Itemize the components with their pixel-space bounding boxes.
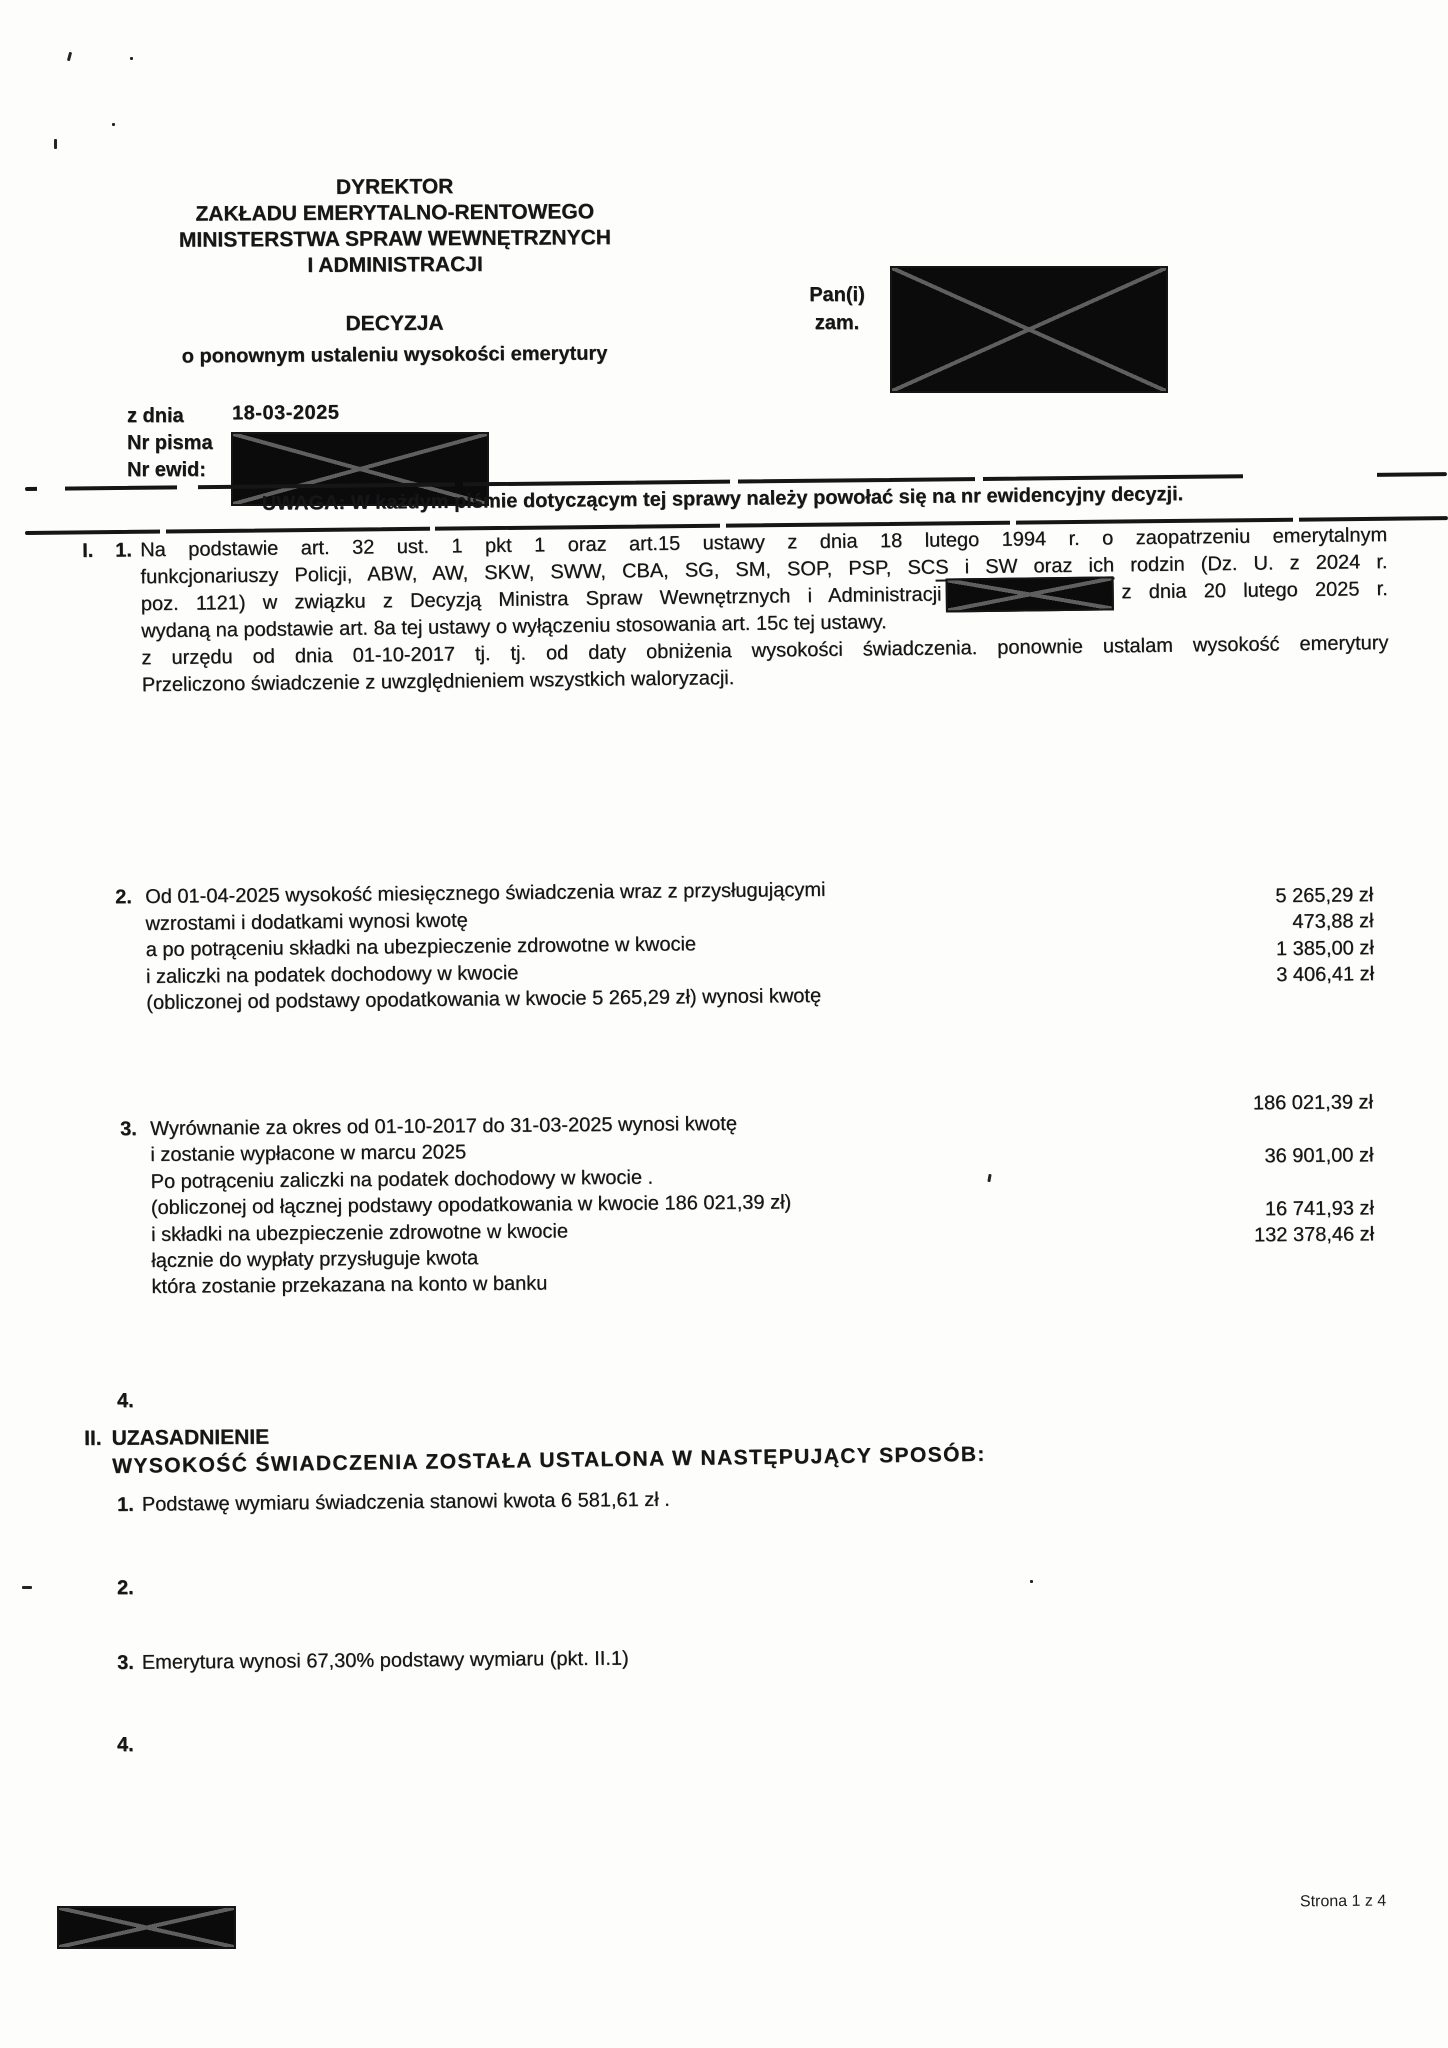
justification-item-1: 1.Podstawę wymiaru świadczenia stanowi k… xyxy=(117,1489,670,1517)
equalization-row-amount: 186 021,39 zł xyxy=(1198,1089,1373,1117)
equalization-row-amount: 16 741,93 zł xyxy=(1199,1195,1374,1223)
page-number: Strona 1 z 4 xyxy=(1300,1893,1386,1912)
equalization-section: 3. Wyrównanie za okres od 01-10-2017 do … xyxy=(150,1105,1375,1301)
date-value: 18-03-2025 xyxy=(232,402,339,426)
authority-line: ZAKŁADU EMERYTALNO-RENTOWEGO xyxy=(142,199,647,228)
minister-decision-number-redaction xyxy=(945,576,1113,612)
scanned-decision-page: DYREKTOR ZAKŁADU EMERYTALNO-RENTOWEGO MI… xyxy=(0,0,1448,2048)
equalization-row-amount xyxy=(1199,1267,1374,1269)
justification-item-3: 3.Emerytura wynosi 67,30% podstawy wymia… xyxy=(117,1648,629,1675)
recipient-label: Pan(i) zam. xyxy=(798,281,876,337)
authority-line: MINISTERSTWA SPRAW WEWNĘTRZNYCH xyxy=(142,225,647,254)
recipient-address-label: zam. xyxy=(798,309,876,337)
scan-speck xyxy=(67,52,72,61)
item-number: 3. xyxy=(117,1652,134,1674)
item-text: Emerytura wynosi 67,30% podstawy wymiaru… xyxy=(142,1648,629,1674)
meta-labels: z dnia Nr pisma Nr ewid: xyxy=(127,403,213,484)
justification-heading-text: UZASADNIENIE xyxy=(112,1426,270,1450)
paragraph-text: rodzin (Dz. U. z 2024 r. xyxy=(1114,551,1388,576)
record-number-label: Nr ewid: xyxy=(127,457,213,484)
paragraph-text: z dnia 20 lutego 2025 r. xyxy=(1121,578,1388,603)
item-text: Podstawę wymiaru świadczenia stanowi kwo… xyxy=(142,1489,670,1516)
legal-basis-paragraph: I. 1. Na podstawie art. 32 ust. 1 pkt 1 … xyxy=(82,522,1389,700)
scan-speck xyxy=(54,139,57,149)
scan-speck xyxy=(112,123,115,126)
justification-item-4: 4. xyxy=(117,1734,142,1757)
section-item-number: 1. xyxy=(115,537,132,564)
letter-number-label: Nr pisma xyxy=(127,430,213,457)
benefit-row-amount: 1 385,00 zł xyxy=(1199,935,1374,963)
authority-line: DYREKTOR xyxy=(142,173,647,202)
scan-speck xyxy=(130,57,133,60)
benefit-row-amount: 5 265,29 zł xyxy=(1198,882,1373,910)
document-title: DECYZJA xyxy=(142,310,647,337)
benefit-row-amount: 3 406,41 zł xyxy=(1199,961,1374,989)
authority-line: I ADMINISTRACJI xyxy=(142,251,647,280)
issuing-authority-header: DYREKTOR ZAKŁADU EMERYTALNO-RENTOWEGO MI… xyxy=(142,173,648,280)
justification-roman-numeral: II. xyxy=(84,1427,102,1450)
document-subtitle: o ponownym ustaleniu wysokości emerytury xyxy=(142,342,647,369)
item-number: 2. xyxy=(117,1577,134,1599)
section-roman-numeral: I. xyxy=(82,538,93,565)
section-number: 3. xyxy=(120,1116,137,1143)
scan-speck xyxy=(22,1586,32,1589)
date-label: z dnia xyxy=(127,403,213,430)
signature-stamp-redaction xyxy=(57,1906,236,1949)
benefit-row-amount: 473,88 zł xyxy=(1198,908,1373,936)
equalization-row-amount: 132 378,46 zł xyxy=(1199,1221,1374,1249)
equalization-row-amount: 36 901,00 zł xyxy=(1198,1142,1373,1170)
section-number: 2. xyxy=(115,884,132,911)
monthly-benefit-section: 2. Od 01-04-2025 wysokość miesięcznego ś… xyxy=(145,871,1374,1016)
recipient-salutation: Pan(i) xyxy=(798,281,876,309)
equalization-row-amount xyxy=(1198,1135,1373,1137)
section-item-4: 4. xyxy=(117,1390,134,1413)
equalization-row-amount xyxy=(1199,1188,1374,1190)
item-number: 1. xyxy=(117,1494,134,1516)
justification-heading: II.UZASADNIENIE xyxy=(84,1426,269,1451)
item-number: 4. xyxy=(117,1734,134,1756)
recipient-address-redaction xyxy=(890,266,1168,393)
justification-item-2: 2. xyxy=(117,1577,142,1600)
benefit-row-amount xyxy=(1198,874,1373,876)
scan-speck xyxy=(1030,1580,1033,1583)
